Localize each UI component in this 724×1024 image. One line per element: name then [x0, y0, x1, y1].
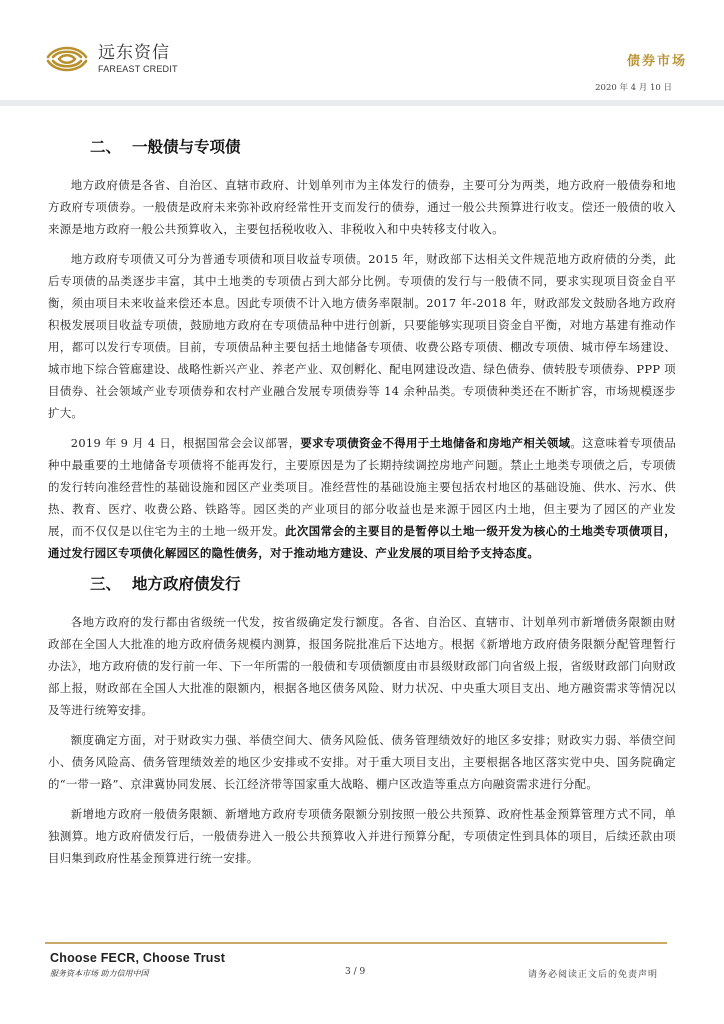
logo-chinese-name: 远东资信 [98, 43, 178, 63]
paragraph-text: 新增地方政府一般债务限额、新增地方政府专项债务限额分别按照一般公共预算、政府性基… [48, 807, 676, 865]
section-number: 三、 [90, 572, 132, 596]
report-category: 债券市场 [627, 50, 687, 69]
section-title: 地方政府债发行 [132, 575, 241, 593]
paragraph: 2019 年 9 月 4 日，根据国常会会议部署，要求专项债资金不得用于土地储备… [48, 432, 676, 564]
paragraph-text: 各地方政府的发行都由省级统一代发，按省级确定发行额度。各省、自治区、直辖市、计划… [48, 615, 676, 717]
paragraph-text: 额度确定方面，对于财政实力强、举债空间大、债务风险低、债务管理绩效好的地区多安排… [48, 733, 676, 791]
paragraph: 额度确定方面，对于财政实力强、举债空间大、债务风险低、债务管理绩效好的地区多安排… [48, 729, 676, 795]
page-header: 远东资信 FAREAST CREDIT 债券市场 2020 年 4 月 10 日 [0, 0, 724, 100]
logo-english-name: FAREAST CREDIT [98, 63, 178, 75]
company-logo: 远东资信 FAREAST CREDIT [44, 42, 178, 76]
footer-slogan-chinese: 服务资本市场 助力信用中国 [50, 968, 149, 979]
paragraph: 各地方政府的发行都由省级统一代发，按省级确定发行额度。各省、自治区、直辖市、计划… [48, 611, 676, 721]
footer-divider [45, 942, 667, 944]
paragraph-emphasis: 要求专项债资金不得用于土地储备和房地产相关领域 [300, 436, 570, 450]
paragraph-text: 2019 年 9 月 4 日，根据国常会会议部署， [71, 436, 301, 450]
paragraph-text: 地方政府专项债又可分为普通专项债和项目收益专项债。2015 年，财政部下达相关文… [48, 252, 676, 420]
paragraph: 新增地方政府一般债务限额、新增地方政府专项债务限额分别按照一般公共预算、政府性基… [48, 803, 676, 869]
header-divider [0, 100, 724, 106]
section-number: 二、 [90, 135, 132, 159]
paragraph-text: 。这意味着专项债品种中最重要的土地储备专项债将不能再发行，主要原因是为了长期持续… [48, 436, 676, 538]
fareast-logo-icon [44, 42, 90, 76]
section-heading-general-special-bonds: 二、一般债与专项债 [48, 135, 676, 159]
section-title: 一般债与专项债 [132, 138, 241, 156]
footer-slogan-english: Choose FECR, Choose Trust [50, 951, 225, 965]
document-body: 二、一般债与专项债 地方政府债是各省、自治区、直辖市政府、计划单列市为主体发行的… [48, 135, 676, 869]
paragraph: 地方政府专项债又可分为普通专项债和项目收益专项债。2015 年，财政部下达相关文… [48, 248, 676, 424]
section-heading-local-bond-issuance: 三、地方政府债发行 [48, 572, 676, 596]
paragraph: 地方政府债是各省、自治区、直辖市政府、计划单列市为主体发行的债券，主要可分为两类… [48, 174, 676, 240]
page-number: 3 / 9 [345, 967, 365, 977]
paragraph-text: 地方政府债是各省、自治区、直辖市政府、计划单列市为主体发行的债券，主要可分为两类… [48, 178, 676, 236]
disclaimer-note: 请务必阅读正文后的免责声明 [528, 967, 658, 980]
report-date: 2020 年 4 月 10 日 [595, 81, 672, 93]
